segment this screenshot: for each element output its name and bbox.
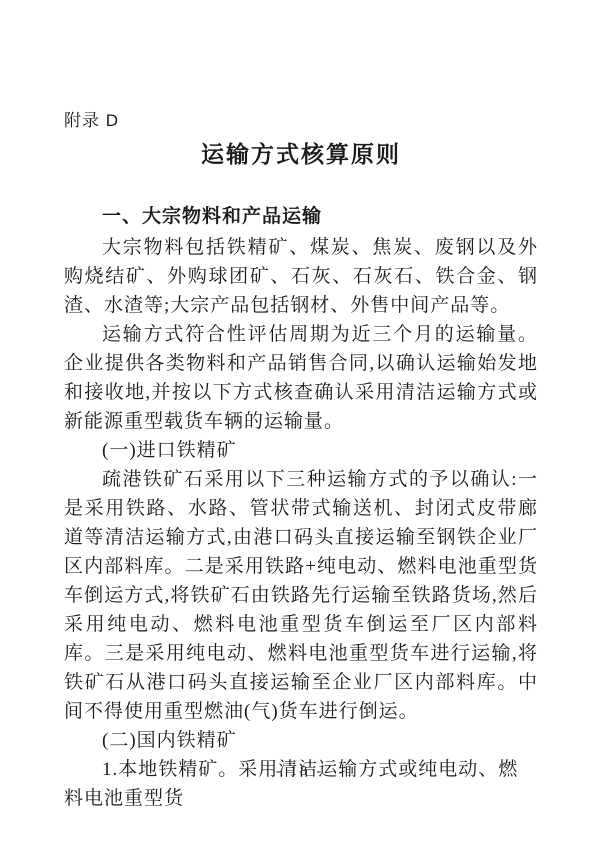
section-heading: 一、大宗物料和产品运输: [64, 202, 538, 232]
page-number: - 18 -: [0, 764, 600, 780]
subsection-heading-imported-ore: (一)进口铁精矿: [64, 436, 538, 465]
subsection-heading-domestic-ore: (二)国内铁精矿: [64, 726, 538, 755]
appendix-label: 附录 D: [64, 110, 538, 132]
paragraph-bulk-materials: 大宗物料包括铁精矿、煤炭、焦炭、废钢以及外购烧结矿、外购球团矿、石灰、石灰石、铁…: [64, 233, 538, 320]
document-body: 大宗物料包括铁精矿、煤炭、焦炭、废钢以及外购烧结矿、外购球团矿、石灰、石灰石、铁…: [64, 233, 538, 813]
paragraph-evaluation-period: 运输方式符合性评估周期为近三个月的运输量。企业提供各类物料和产品销售合同,以确认…: [64, 320, 538, 436]
document-page: 附录 D 运输方式核算原则 一、大宗物料和产品运输 大宗物料包括铁精矿、煤炭、焦…: [0, 0, 600, 848]
paragraph-port-ore-transport: 疏港铁矿石采用以下三种运输方式的予以确认:一是采用铁路、水路、管状带式输送机、封…: [64, 465, 538, 726]
page-title: 运输方式核算原则: [64, 140, 538, 170]
